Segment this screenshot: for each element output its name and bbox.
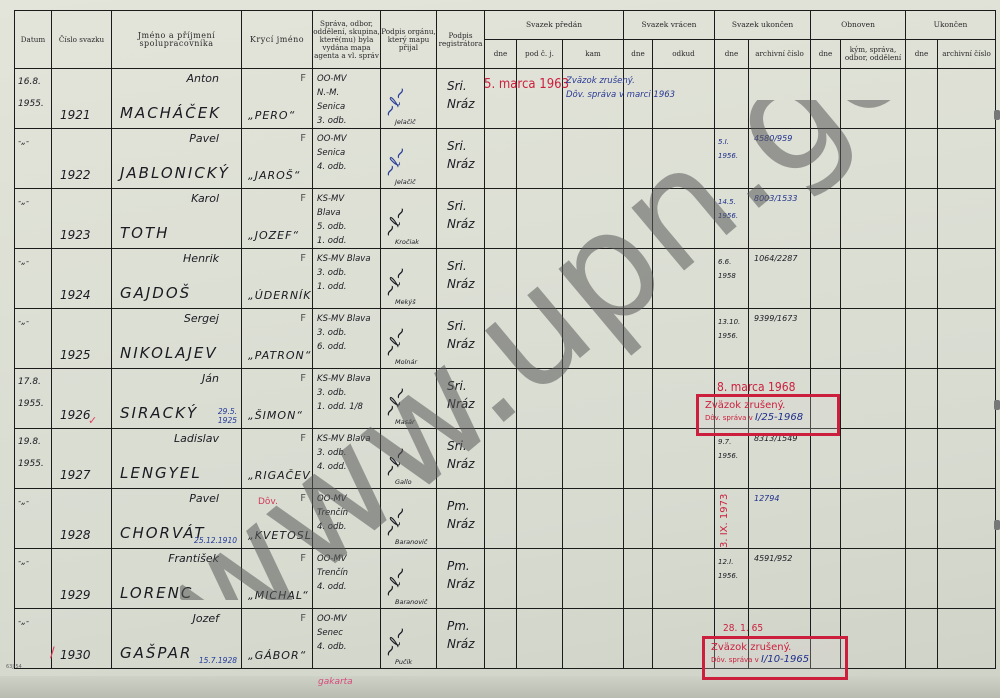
registrar-signature: Sri. Nráz xyxy=(447,437,475,473)
cover-name: „PATRON“ xyxy=(248,349,311,362)
cover-name: „ÚDERNÍK“ xyxy=(248,289,313,302)
cell-podpis-organu: ~ℓ~Jelačič xyxy=(381,69,437,129)
signature: ~ℓ~ xyxy=(381,203,412,241)
table-row: 17.8. 1955.1926JánSIRACKÝ29.5. 1925F„ŠIM… xyxy=(15,369,996,429)
cell-cislo: 1930 xyxy=(52,609,112,669)
cell-podpis-organu: ~ℓ~Molnár xyxy=(381,309,437,369)
header-predan-kam: kam xyxy=(563,40,624,69)
cell-cislo: 1924 xyxy=(52,249,112,309)
cell-archivni-cislo: 1064/2287 xyxy=(749,249,811,309)
category-mark: F xyxy=(300,73,306,84)
header-obnoven: Obnoven xyxy=(811,11,906,40)
stamp-line2: Dôv. správa v xyxy=(705,414,753,422)
surname: MACHÁČEK xyxy=(120,104,221,122)
cell-jmeno: SergejNIKOLAJEV xyxy=(112,309,242,369)
cell-datum: -„- xyxy=(15,309,52,369)
cancelled-stamp-row10: Zväzok zrušený. Dôv. správa v I/10-1965 xyxy=(702,636,848,680)
cell-sprava: OO-MV Trenčín 4. odd. xyxy=(313,549,381,609)
registrar-signature: Pm. Nráz xyxy=(447,617,475,653)
header-sprava: Správa, odbor, oddělení, skupina, které(… xyxy=(313,11,381,69)
registrar-signature: Pm. Nráz xyxy=(447,557,475,593)
cell-podpis-organu: ~ℓ~Kročiak xyxy=(381,189,437,249)
surname: LORENC xyxy=(120,584,193,602)
cell-ukoncen-dne: 9.7. 1956. xyxy=(715,429,749,489)
date-text: -„- xyxy=(15,611,29,633)
surname: SIRACKÝ xyxy=(120,404,198,422)
stamp-title: Zväzok zrušený. xyxy=(705,639,845,653)
header-svazek-vracen: Svazek vrácen xyxy=(624,11,715,40)
date-text: 19.8. 1955. xyxy=(15,431,44,475)
cell-podpis-registratora: Sri. Nráz xyxy=(437,69,485,129)
file-number: 1929 xyxy=(60,588,91,602)
signature: ~ℓ~ xyxy=(381,83,412,121)
cell-podpis-registratora: Pm. Nráz xyxy=(437,549,485,609)
cell-sprava: KS-MV Blava 5. odb. 1. odd. xyxy=(313,189,381,249)
margin-note: gakarta xyxy=(318,677,353,687)
cover-name: „ŠIMON“ xyxy=(248,409,303,422)
header-svazek-predan: Svazek předán xyxy=(485,11,624,40)
cell-kryci-jmeno: F„ÚDERNÍK“ xyxy=(242,249,313,309)
department: KS-MV Blava 5. odb. 1. odd. xyxy=(317,192,347,248)
file-number: 1926 xyxy=(60,408,91,422)
vertical-date-stamp-row8: 3. IX. 1973 xyxy=(719,494,730,548)
header-jmeno: Jméno a příjmení spolupracovníka xyxy=(112,11,242,69)
closed-date: 12.I. 1956. xyxy=(718,555,738,583)
cell-archivni-cislo: 4580/959 xyxy=(749,129,811,189)
cell-archivni-cislo xyxy=(749,69,811,129)
signature: ~ℓ~ xyxy=(381,323,412,361)
registrar-signature: Sri. Nráz xyxy=(447,377,475,413)
cell-podpis-registratora: Sri. Nráz xyxy=(437,249,485,309)
cell-sprava: KS-MV Blava 3. odb. 6. odd. xyxy=(313,309,381,369)
cell-kryci-jmeno: F„PATRON“ xyxy=(242,309,313,369)
archive-number: 8003/1533 xyxy=(754,194,797,203)
archive-number: 4580/959 xyxy=(754,134,792,143)
header-ukoncen2-archivni-cislo: archivní číslo xyxy=(938,40,996,69)
given-name: Henrik xyxy=(183,252,219,265)
category-mark: F xyxy=(300,493,306,504)
header-obnoven-kym: kým, správa, odbor, oddělení xyxy=(841,40,906,69)
cell-podpis-registratora: Sri. Nráz xyxy=(437,309,485,369)
archive-number: 9399/1673 xyxy=(754,314,797,323)
cell-sprava: KS-MV Blava 3. odb. 1. odd. 1/8 xyxy=(313,369,381,429)
category-mark: F xyxy=(300,553,306,564)
surname: JABLONICKÝ xyxy=(120,164,230,182)
header-ukoncen-archivni-cislo: archivní číslo xyxy=(749,40,811,69)
department: OO-MV Trenčín 4. odb. xyxy=(317,492,348,534)
category-mark: F xyxy=(300,613,306,624)
date-text: 16.8. 1955. xyxy=(15,71,44,115)
cell-jmeno: JozefGAŠPAR15.7.1928 xyxy=(112,609,242,669)
cell-podpis-organu: ~ℓ~Jelačič xyxy=(381,129,437,189)
category-mark: F xyxy=(300,193,306,204)
cell-archivni-cislo: 12794 xyxy=(749,489,811,549)
registrar-signature: Sri. Nráz xyxy=(447,77,475,113)
cell-jmeno: FrantišekLORENC xyxy=(112,549,242,609)
given-name: Pavel xyxy=(189,492,219,505)
table-row: -„-1928PavelCHORVÁT25.12.1910FDôv.„KVETO… xyxy=(15,489,996,549)
signer-name: Masár xyxy=(395,418,415,426)
stamp-date-row1: 5. marca 1963 xyxy=(484,77,569,92)
cell-jmeno: JánSIRACKÝ29.5. 1925 xyxy=(112,369,242,429)
cell-cislo: 1921 xyxy=(52,69,112,129)
cell-jmeno: PavelCHORVÁT25.12.1910 xyxy=(112,489,242,549)
birth-date: 15.7.1928 xyxy=(199,656,237,665)
header-vracen-dne: dne xyxy=(624,40,653,69)
surname: LENGYEL xyxy=(120,464,202,482)
cell-podpis-organu: ~ℓ~Pučik xyxy=(381,609,437,669)
cell-podpis-organu: ~ℓ~Masár xyxy=(381,369,437,429)
file-number: 1922 xyxy=(60,168,91,182)
cell-sprava: OO-MV Senec 4. odb. xyxy=(313,609,381,669)
department: KS-MV Blava 3. odb. 6. odd. xyxy=(317,312,371,354)
department: KS-MV Blava 3. odb. 4. odd. xyxy=(317,432,371,474)
cover-name: „RIGAČEV“ xyxy=(248,469,313,482)
cancelled-stamp-row6: Zväzok zrušený. Dôv. správa v I/25-1968 xyxy=(696,394,840,436)
cover-name: „MICHAL“ xyxy=(248,589,309,602)
signature: ~ℓ~ xyxy=(381,383,412,421)
header-ukoncen-dne: dne xyxy=(715,40,749,69)
department: OO-MV Senec 4. odb. xyxy=(317,612,347,654)
surname: TOTH xyxy=(120,224,169,242)
closed-date: 5.I. 1956. xyxy=(718,135,738,163)
archive-number: 12794 xyxy=(754,494,779,503)
cell-ukoncen-dne: 14.5. 1956. xyxy=(715,189,749,249)
header-datum: Datum xyxy=(15,11,52,69)
cell-kryci-jmeno: F„ŠIMON“ xyxy=(242,369,313,429)
cell-ukoncen-dne: 12.I. 1956. xyxy=(715,549,749,609)
form-code: 63J-54 xyxy=(6,664,22,670)
signature: ~ℓ~ xyxy=(381,263,412,301)
cell-sprava: OO-MV Trenčín 4. odb. xyxy=(313,489,381,549)
category-mark: F xyxy=(300,433,306,444)
cell-archivni-cislo: 4591/952 xyxy=(749,549,811,609)
cell-cislo: 1923 xyxy=(52,189,112,249)
file-number: 1924 xyxy=(60,288,91,302)
cell-jmeno: KarolTOTH xyxy=(112,189,242,249)
signer-name: Jelačič xyxy=(395,178,416,186)
department: OO-MV Senica 4. odb. xyxy=(317,132,347,174)
archive-number: 4591/952 xyxy=(754,554,792,563)
given-name: Karol xyxy=(191,192,219,205)
cell-cislo: 1922 xyxy=(52,129,112,189)
department: KS-MV Blava 3. odb. 1. odd. xyxy=(317,252,371,294)
agent-register-table: Datum Číslo svazku Jméno a příjmení spol… xyxy=(14,10,996,669)
given-name: Sergej xyxy=(184,312,219,325)
signature: ~ℓ~ xyxy=(381,623,412,661)
cell-kryci-jmeno: F„PERO“ xyxy=(242,69,313,129)
surname: GAŠPAR xyxy=(120,644,192,662)
header-podpis-registratora: Podpis registrátora xyxy=(437,11,485,69)
table-row: -„-1930JozefGAŠPAR15.7.1928F„GÁBOR“OO-MV… xyxy=(15,609,996,669)
table-row: -„-1925SergejNIKOLAJEVF„PATRON“KS-MV Bla… xyxy=(15,309,996,369)
signer-name: Mekýš xyxy=(395,298,416,306)
registrar-signature: Sri. Nráz xyxy=(447,317,475,353)
cell-cislo: 1928 xyxy=(52,489,112,549)
closed-date: 14.5. 1956. xyxy=(718,195,738,223)
header-obnoven-dne: dne xyxy=(811,40,841,69)
cell-archivni-cislo: 9399/1673 xyxy=(749,309,811,369)
birth-date: 25.12.1910 xyxy=(194,536,237,545)
cell-datum: -„- xyxy=(15,249,52,309)
header-predan-dne: dne xyxy=(485,40,517,69)
cell-kryci-jmeno: F„MICHAL“ xyxy=(242,549,313,609)
given-name: Pavel xyxy=(189,132,219,145)
header-ukoncen: Ukončen xyxy=(906,11,996,40)
header-kryci-jmeno: Krycí jméno xyxy=(242,11,313,69)
table-row: -„-1929FrantišekLORENCF„MICHAL“OO-MV Tre… xyxy=(15,549,996,609)
file-number: 1930 xyxy=(60,648,91,662)
archive-number: 1064/2287 xyxy=(754,254,797,263)
cell-podpis-registratora: Pm. Nráz xyxy=(437,489,485,549)
signature: ~ℓ~ xyxy=(381,503,412,541)
given-name: František xyxy=(168,552,219,565)
table-row: 19.8. 1955.1927LadislavLENGYELF„RIGAČEV“… xyxy=(15,429,996,489)
cell-jmeno: PavelJABLONICKÝ xyxy=(112,129,242,189)
cell-datum: 16.8. 1955. xyxy=(15,69,52,129)
cover-name: „KVETOSLAV“ xyxy=(248,529,313,542)
cell-kryci-jmeno: F„JOZEF“ xyxy=(242,189,313,249)
date-text: -„- xyxy=(15,311,29,333)
cell-podpis-registratora: Sri. Nráz xyxy=(437,189,485,249)
cell-kryci-jmeno: F„JAROŠ“ xyxy=(242,129,313,189)
registrar-signature: Pm. Nráz xyxy=(447,497,475,533)
signature: ~ℓ~ xyxy=(381,563,412,601)
signer-name: Baranovič xyxy=(395,598,427,606)
birth-date: 29.5. 1925 xyxy=(218,407,237,425)
category-mark: F xyxy=(300,253,306,264)
header-svazek-ukoncen: Svazek ukončen xyxy=(715,11,811,40)
table-row: -„-1923KarolTOTHF„JOZEF“KS-MV Blava 5. o… xyxy=(15,189,996,249)
given-name: Ján xyxy=(202,372,219,385)
cell-podpis-registratora: Pm. Nráz xyxy=(437,609,485,669)
file-number: 1921 xyxy=(60,108,91,122)
cell-datum: 17.8. 1955. xyxy=(15,369,52,429)
cell-podpis-organu: ~ℓ~Baranovič xyxy=(381,549,437,609)
cell-sprava: KS-MV Blava 3. odb. 1. odd. xyxy=(313,249,381,309)
department: OO-MV N.-M. Senica 3. odb. xyxy=(317,72,347,128)
stamp-ref: I/25-1968 xyxy=(755,412,803,423)
registrar-signature: Sri. Nráz xyxy=(447,197,475,233)
given-name: Anton xyxy=(186,72,219,85)
cell-sprava: KS-MV Blava 3. odb. 4. odd. xyxy=(313,429,381,489)
closed-date: 6.6. 1958 xyxy=(718,255,736,283)
binder-clip xyxy=(994,110,1000,120)
cell-datum: -„- xyxy=(15,549,52,609)
cell-jmeno: AntonMACHÁČEK xyxy=(112,69,242,129)
cell-cislo: 1929 xyxy=(52,549,112,609)
cover-name: „GÁBOR“ xyxy=(248,649,306,662)
surname: GAJDOŠ xyxy=(120,284,191,302)
stamp-date-row10: 28. 1. 65 xyxy=(723,623,763,634)
cell-podpis-organu: ~ℓ~Baranovič xyxy=(381,489,437,549)
surname: CHORVÁT xyxy=(120,524,206,542)
header-predan-pod-cj: pod č. j. xyxy=(517,40,563,69)
cell-archivni-cislo: 8003/1533 xyxy=(749,189,811,249)
file-number: 1928 xyxy=(60,528,91,542)
cell-ukoncen-dne: 6.6. 1958 xyxy=(715,249,749,309)
registrar-signature: Sri. Nráz xyxy=(447,257,475,293)
table-row: -„-1924HenrikGAJDOŠF„ÚDERNÍK“KS-MV Blava… xyxy=(15,249,996,309)
cell-datum: -„- xyxy=(15,189,52,249)
file-number: 1925 xyxy=(60,348,91,362)
date-text: -„- xyxy=(15,551,29,573)
cell-podpis-registratora: Sri. Nráz xyxy=(437,369,485,429)
date-text: -„- xyxy=(15,251,29,273)
category-mark: F xyxy=(300,373,306,384)
cover-name: „JOZEF“ xyxy=(248,229,299,242)
closed-date: 13.10. 1956. xyxy=(718,315,740,343)
cover-name: „JAROŠ“ xyxy=(248,169,300,182)
cell-jmeno: HenrikGAJDOŠ xyxy=(112,249,242,309)
category-mark: F xyxy=(300,313,306,324)
closed-date: 9.7. 1956. xyxy=(718,435,738,463)
department: KS-MV Blava 3. odb. 1. odd. 1/8 xyxy=(317,372,371,414)
header-podpis-organu: Podpis orgánu, který mapu přijal xyxy=(381,11,437,69)
file-number: 1923 xyxy=(60,228,91,242)
signer-name: Kročiak xyxy=(395,238,419,246)
given-name: Jozef xyxy=(193,612,219,625)
signer-name: Jelačič xyxy=(395,118,416,126)
check-mark-row10: / xyxy=(50,645,55,661)
page-edge xyxy=(0,676,1000,698)
surname: NIKOLAJEV xyxy=(120,344,218,362)
cell-sprava: OO-MV Senica 4. odb. xyxy=(313,129,381,189)
cell-datum: -„- xyxy=(15,609,52,669)
cell-datum: -„- xyxy=(15,129,52,189)
signer-name: Baranovič xyxy=(395,538,427,546)
cell-datum: 19.8. 1955. xyxy=(15,429,52,489)
signer-name: Pučik xyxy=(395,658,412,666)
cell-kryci-jmeno: F„RIGAČEV“ xyxy=(242,429,313,489)
file-number: 1927 xyxy=(60,468,91,482)
date-text: -„- xyxy=(15,191,29,213)
cell-archivni-cislo: 8313/1549 xyxy=(749,429,811,489)
cell-podpis-registratora: Sri. Nráz xyxy=(437,429,485,489)
binder-clip xyxy=(994,520,1000,530)
header-vracen-odkud: odkud xyxy=(653,40,715,69)
dov-note: Dôv. xyxy=(258,497,278,507)
given-name: Ladislav xyxy=(174,432,219,445)
department: OO-MV Trenčín 4. odd. xyxy=(317,552,348,594)
cell-cislo: 1926 xyxy=(52,369,112,429)
stamp-title: Zväzok zrušený. xyxy=(699,397,837,411)
cancellation-note-row1: Zväzok zrušený. Dôv. správa v marci 1963 xyxy=(566,74,675,102)
header-cislo-svazku: Číslo svazku xyxy=(52,11,112,69)
table-row: -„-1922PavelJABLONICKÝF„JAROŠ“OO-MV Seni… xyxy=(15,129,996,189)
cell-kryci-jmeno: F„GÁBOR“ xyxy=(242,609,313,669)
cell-podpis-organu: ~ℓ~Gallo xyxy=(381,429,437,489)
stamp-date-row6: 8. marca 1968 xyxy=(717,380,795,394)
cell-ukoncen-dne: 13.10. 1956. xyxy=(715,309,749,369)
check-mark-row6: ✓ xyxy=(88,414,97,427)
cover-name: „PERO“ xyxy=(248,109,295,122)
registrar-signature: Sri. Nráz xyxy=(447,137,475,173)
date-text: 17.8. 1955. xyxy=(15,371,44,415)
binder-clip xyxy=(994,400,1000,410)
category-mark: F xyxy=(300,133,306,144)
signature: ~ℓ~ xyxy=(381,143,412,181)
cell-ukoncen-dne: 5.I. 1956. xyxy=(715,129,749,189)
cell-datum: -„- xyxy=(15,489,52,549)
cell-sprava: OO-MV N.-M. Senica 3. odb. xyxy=(313,69,381,129)
stamp-ref: I/10-1965 xyxy=(761,654,809,665)
date-text: -„- xyxy=(15,491,29,513)
stamp-line2: Dôv. správa v xyxy=(711,656,759,664)
cell-jmeno: LadislavLENGYEL xyxy=(112,429,242,489)
cell-kryci-jmeno: FDôv.„KVETOSLAV“ xyxy=(242,489,313,549)
cell-podpis-registratora: Sri. Nráz xyxy=(437,129,485,189)
header-ukoncen2-dne: dne xyxy=(906,40,938,69)
date-text: -„- xyxy=(15,131,29,153)
cell-cislo: 1925 xyxy=(52,309,112,369)
cell-ukoncen-dne xyxy=(715,69,749,129)
signer-name: Molnár xyxy=(395,358,417,366)
signature: ~ℓ~ xyxy=(381,443,412,481)
cell-podpis-organu: ~ℓ~Mekýš xyxy=(381,249,437,309)
signer-name: Gallo xyxy=(395,478,412,486)
cell-cislo: 1927 xyxy=(52,429,112,489)
